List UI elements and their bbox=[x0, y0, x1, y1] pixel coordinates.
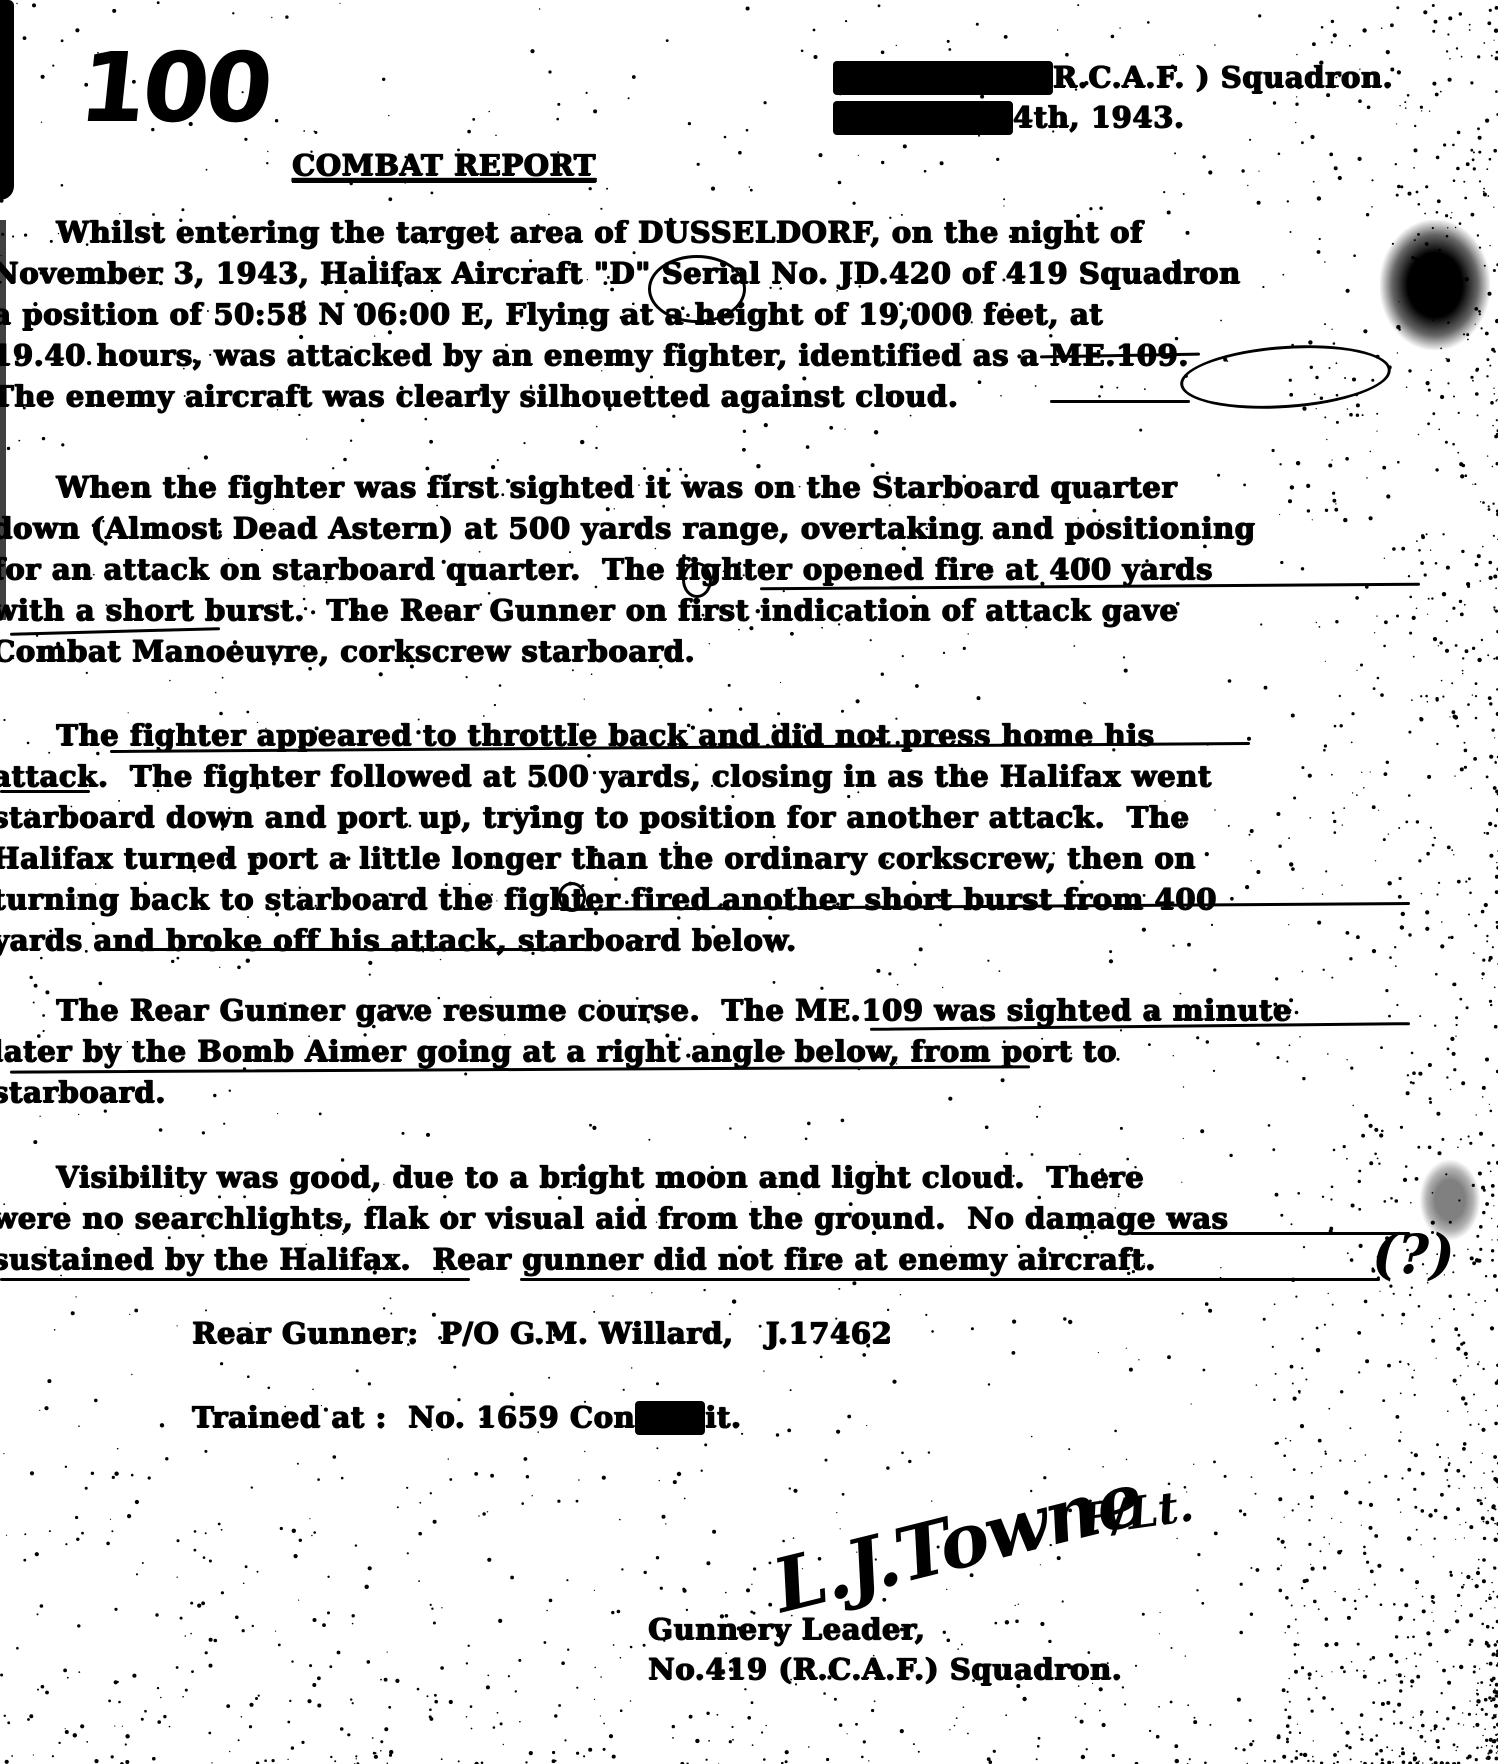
report-text-line: were no searchlights, flak or visual aid… bbox=[0, 1201, 1228, 1235]
report-text-line: The enemy aircraft was clearly silhouett… bbox=[0, 379, 958, 413]
rear-gunner-name: P/O G.M. Willard, bbox=[440, 1316, 734, 1350]
handwritten-underline bbox=[1050, 400, 1190, 403]
report-text-line: Halifax turned port a little longer than… bbox=[0, 841, 1196, 875]
report-text-line: down (Almost Dead Astern) at 500 yards r… bbox=[0, 511, 1255, 545]
redaction-block bbox=[833, 101, 1013, 135]
report-text-line: The Rear Gunner gave resume course. The … bbox=[0, 993, 1292, 1027]
report-text-line: sustained by the Halifax. Rear gunner di… bbox=[0, 1242, 1156, 1276]
ink-smudge bbox=[1420, 1160, 1480, 1240]
report-text-line: 19.40 hours, was attacked by an enemy fi… bbox=[0, 338, 1189, 372]
rear-gunner-line: Rear Gunner: P/O G.M. Willard, J.17462 bbox=[192, 1316, 892, 1350]
rear-gunner-label: Rear Gunner: bbox=[192, 1316, 418, 1350]
report-text-line: When the fighter was first sighted it wa… bbox=[0, 470, 1177, 504]
scan-edge-shadow bbox=[0, 0, 14, 200]
handwritten-underline bbox=[100, 948, 590, 951]
report-text-line: later by the Bomb Aimer going at a right… bbox=[0, 1034, 1117, 1068]
header-date-line: 4th, 1943. bbox=[790, 66, 1184, 169]
handwritten-underline bbox=[0, 790, 90, 793]
report-text-line: with a short burst. The Rear Gunner on f… bbox=[0, 593, 1178, 627]
header-date-text: 4th, 1943. bbox=[1013, 100, 1185, 134]
report-text-line: Whilst entering the target area of DUSSE… bbox=[0, 215, 1143, 249]
report-text-line: Combat Manoeuvre, corkscrew starboard. bbox=[0, 634, 695, 668]
ink-smudge bbox=[1380, 220, 1490, 350]
handwritten-circle bbox=[648, 255, 746, 323]
smudged-text bbox=[635, 1401, 705, 1435]
handwritten-underline bbox=[0, 1278, 470, 1281]
rear-gunner-number: J.17462 bbox=[766, 1316, 893, 1350]
trained-at-line: Trained at : No. 1659 Conit. bbox=[192, 1400, 741, 1435]
report-text-line: turning back to starboard the fighter fi… bbox=[0, 882, 1217, 916]
report-text-line: a position of 50:58 N 06:00 E, Flying at… bbox=[0, 297, 1103, 331]
scanned-document-page: 100 R.C.A.F. ) Squadron. 4th, 1943. COMB… bbox=[0, 0, 1498, 1764]
handwritten-page-mark: 100 bbox=[75, 40, 273, 136]
report-text-line: for an attack on starboard quarter. The … bbox=[0, 552, 1213, 586]
report-text-line: Visibility was good, due to a bright moo… bbox=[0, 1160, 1144, 1194]
handwritten-circle bbox=[1178, 339, 1393, 416]
report-text-line: starboard down and port up, trying to po… bbox=[0, 800, 1189, 834]
handwritten-mark bbox=[558, 882, 586, 912]
report-text-line: starboard. bbox=[0, 1075, 166, 1109]
report-text-line: November 3, 1943, Halifax Aircraft "D" S… bbox=[0, 256, 1241, 290]
report-text-line: yards and broke off his attack, starboar… bbox=[0, 923, 797, 957]
handwritten-mark bbox=[682, 562, 712, 598]
report-text-line: attack. The fighter followed at 500 yard… bbox=[0, 759, 1212, 793]
signatory-unit: No.419 (R.C.A.F.) Squadron. bbox=[648, 1652, 1122, 1686]
handwritten-underline bbox=[520, 1278, 1380, 1281]
document-title: COMBAT REPORT bbox=[292, 148, 596, 182]
signatory-title: Gunnery Leader, bbox=[648, 1612, 925, 1646]
handwritten-underline bbox=[1130, 1232, 1410, 1235]
